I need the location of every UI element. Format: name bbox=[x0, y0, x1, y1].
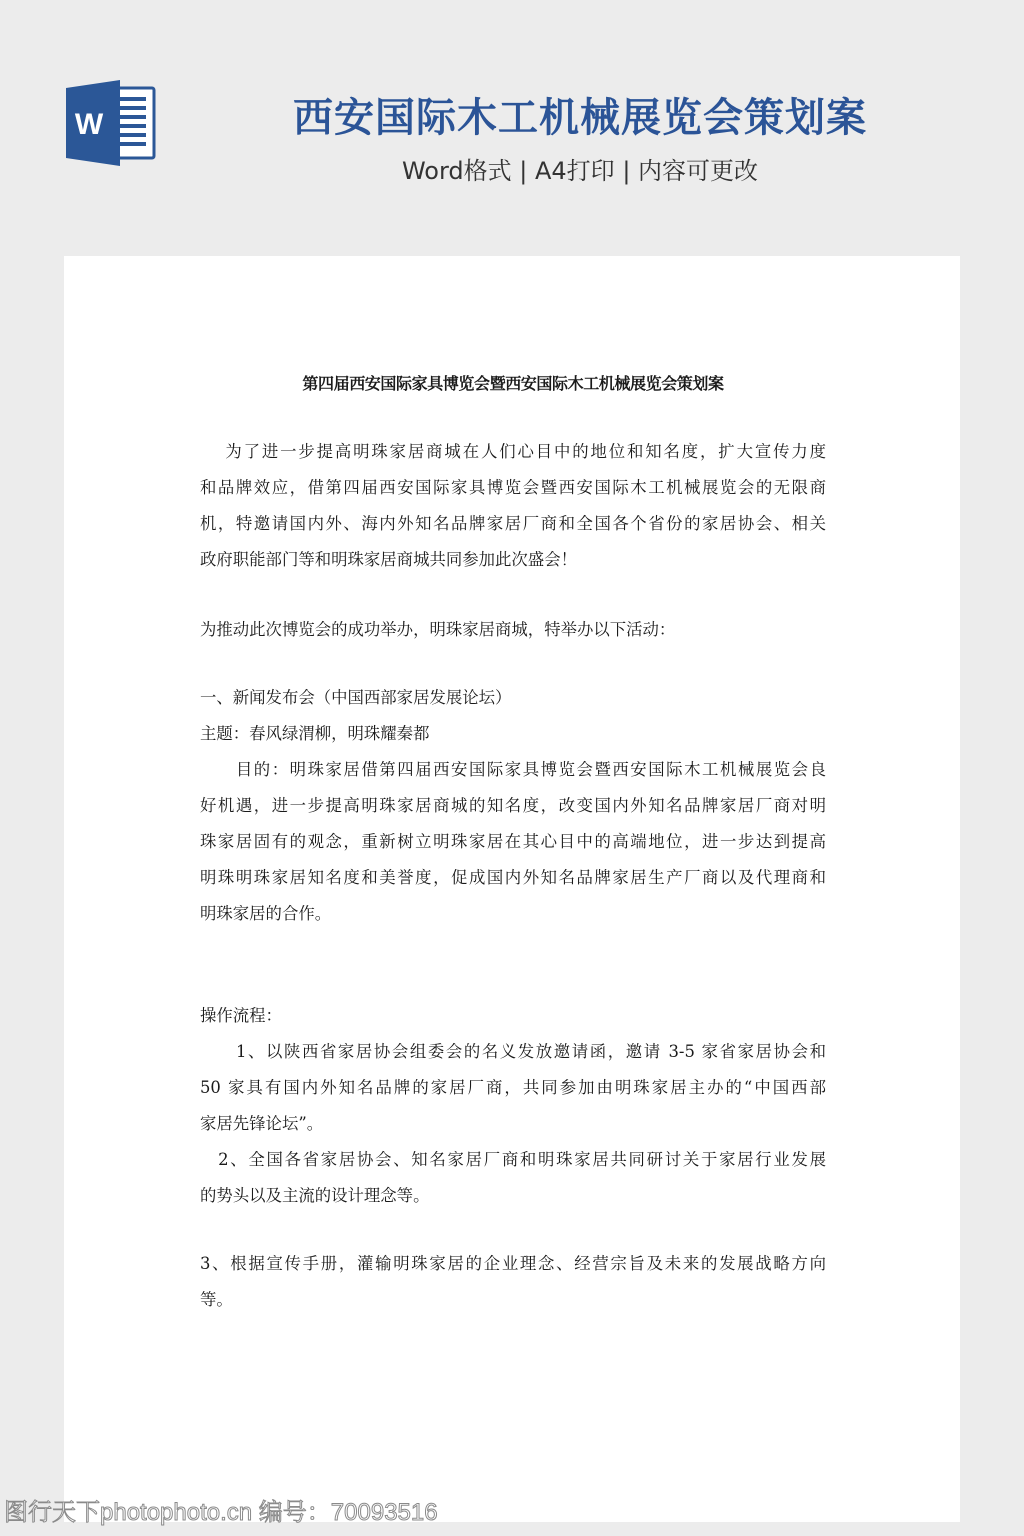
text-line: 3、根据宣传手册，灌输明珠家居的企业理念、经营宗旨及未来的发展战略方向 bbox=[200, 1254, 826, 1274]
document-title: 第四届西安国际家具博览会暨西安国际木工机械展览会策划案 bbox=[200, 371, 826, 394]
svg-text:W: W bbox=[75, 108, 104, 141]
watermark: 图行天下photophoto.cn 编号：70093516 bbox=[4, 1492, 438, 1527]
text-line: 明珠家居的合作。 bbox=[200, 904, 826, 924]
text-line: 为了进一步提高明珠家居商城在人们心目中的地位和知名度，扩大宣传力度 bbox=[200, 442, 826, 462]
text-line: 的势头以及主流的设计理念等。 bbox=[200, 1186, 826, 1206]
text-line: 政府职能部门等和明珠家居商城共同参加此次盛会！ bbox=[200, 550, 826, 570]
text-line: 家居先锋论坛”。 bbox=[200, 1114, 826, 1134]
text-line: 50 家具有国内外知名品牌的家居厂商，共同参加由明珠家居主办的“中国西部 bbox=[200, 1078, 826, 1098]
text-line: 1、以陕西省家居协会组委会的名义发放邀请函，邀请 3-5 家省家居协会和 bbox=[200, 1042, 826, 1062]
text-line: 等。 bbox=[200, 1290, 826, 1310]
section1-theme: 主题：春风绿渭柳，明珠耀秦都 bbox=[200, 724, 826, 744]
text-line: 2、全国各省家居协会、知名家居厂商和明珠家居共同研讨关于家居行业发展 bbox=[200, 1150, 826, 1170]
page-subtitle: Word格式 | A4打印 | 内容可更改 bbox=[200, 153, 960, 189]
text-line: 和品牌效应，借第四届西安国际家具博览会暨西安国际木工机械展览会的无限商 bbox=[200, 478, 826, 498]
text-line: 珠家居固有的观念，重新树立明珠家居在其心目中的高端地位，进一步达到提高 bbox=[200, 832, 826, 852]
activities-intro: 为推动此次博览会的成功举办，明珠家居商城，特举办以下活动： bbox=[200, 620, 826, 640]
page-title: 西安国际木工机械展览会策划案 bbox=[200, 92, 960, 144]
text-line: 目的：明珠家居借第四届西安国际家具博览会暨西安国际木工机械展览会良 bbox=[200, 760, 826, 780]
process-heading: 操作流程： bbox=[200, 1006, 826, 1026]
page-header: W 西安国际木工机械展览会策划案 Word格式 | A4打印 | 内容可更改 bbox=[0, 0, 1024, 256]
text-line: 好机遇，进一步提高明珠家居商城的知名度，改变国内外知名品牌家居厂商对明 bbox=[200, 796, 826, 816]
text-line: 机，特邀请国内外、海内外知名品牌家居厂商和全国各个省份的家居协会、相关 bbox=[200, 514, 826, 534]
section1-heading: 一、新闻发布会（中国西部家居发展论坛） bbox=[200, 688, 826, 708]
text-line: 明珠明珠家居知名度和美誉度，促成国内外知名品牌家居生产厂商以及代理商和 bbox=[200, 868, 826, 888]
document-page: 第四届西安国际家具博览会暨西安国际木工机械展览会策划案 为了进一步提高明珠家居商… bbox=[64, 256, 960, 1522]
word-document-icon: W bbox=[64, 80, 156, 166]
